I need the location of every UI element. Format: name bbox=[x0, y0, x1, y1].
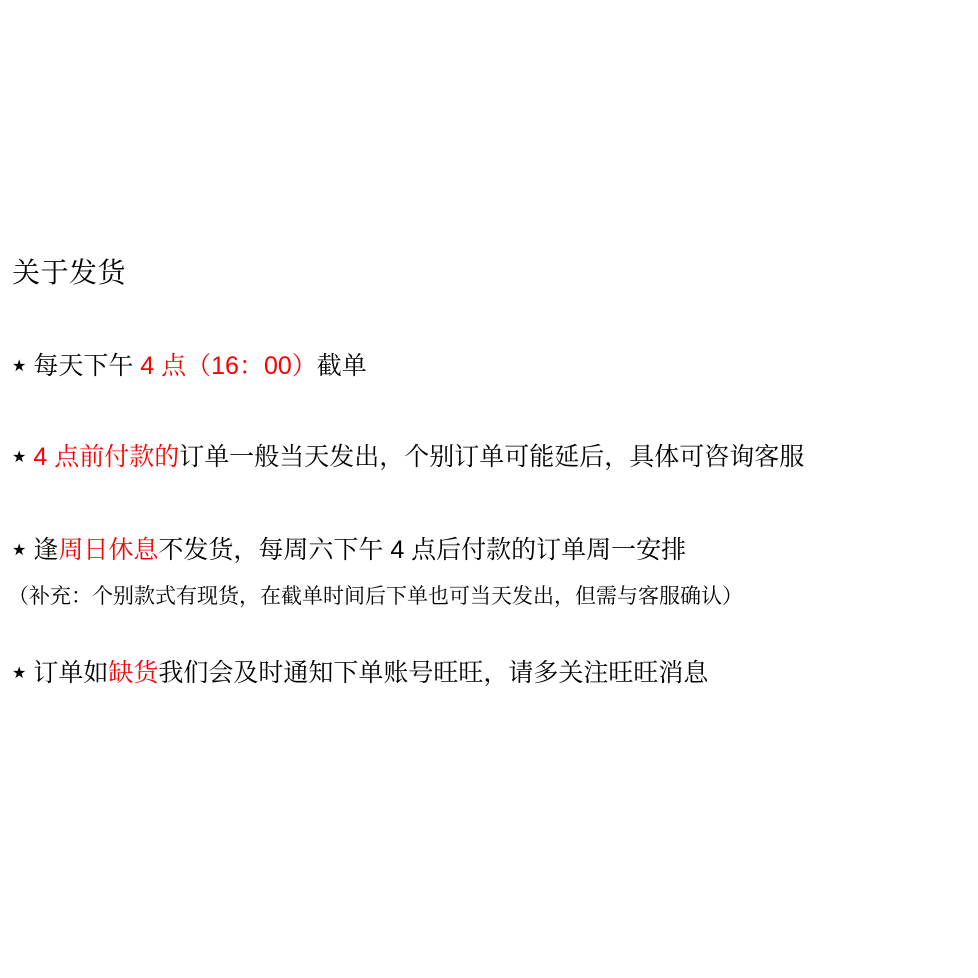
bullet-text: 截单 bbox=[317, 352, 367, 380]
page-title: 关于发货 bbox=[12, 258, 126, 289]
bullet-text: 订单如 bbox=[33, 659, 108, 687]
shipping-notice-page: 关于发货 ★每天下午 4 点（16：00）截单 ★4 点前付款的订单一般当天发出… bbox=[0, 0, 978, 978]
bullet-text: 逢 bbox=[33, 536, 58, 564]
bullet-text: 订单一般当天发出，个别订单可能延后，具体可咨询客服 bbox=[179, 443, 804, 471]
bullet-text-highlight: 周日休息 bbox=[58, 536, 158, 564]
bullet-text-highlight: 4 点（16：00） bbox=[140, 352, 316, 380]
bullet-text: 不发货，每周六下午 4 点后付款的订单周一安排 bbox=[158, 536, 686, 564]
bullet-line-cutoff-time: ★每天下午 4 点（16：00）截单 bbox=[12, 352, 367, 381]
supplementary-note: （补充：个别款式有现货，在截单时间后下单也可当天发出，但需与客服确认） bbox=[8, 585, 743, 609]
bullet-line-out-of-stock: ★订单如缺货我们会及时通知下单账号旺旺，请多关注旺旺消息 bbox=[12, 659, 708, 688]
star-icon: ★ bbox=[12, 542, 26, 560]
star-icon: ★ bbox=[12, 449, 26, 467]
bullet-line-same-day-shipping: ★4 点前付款的订单一般当天发出，个别订单可能延后，具体可咨询客服 bbox=[12, 443, 804, 472]
bullet-text: 我们会及时通知下单账号旺旺，请多关注旺旺消息 bbox=[158, 659, 708, 687]
star-icon: ★ bbox=[12, 665, 26, 683]
bullet-text-highlight: 4 点前付款的 bbox=[33, 443, 179, 471]
bullet-text: 每天下午 bbox=[33, 352, 140, 380]
bullet-line-sunday-rest: ★逢周日休息不发货，每周六下午 4 点后付款的订单周一安排 bbox=[12, 536, 686, 565]
star-icon: ★ bbox=[12, 358, 26, 376]
bullet-text-highlight: 缺货 bbox=[108, 659, 158, 687]
